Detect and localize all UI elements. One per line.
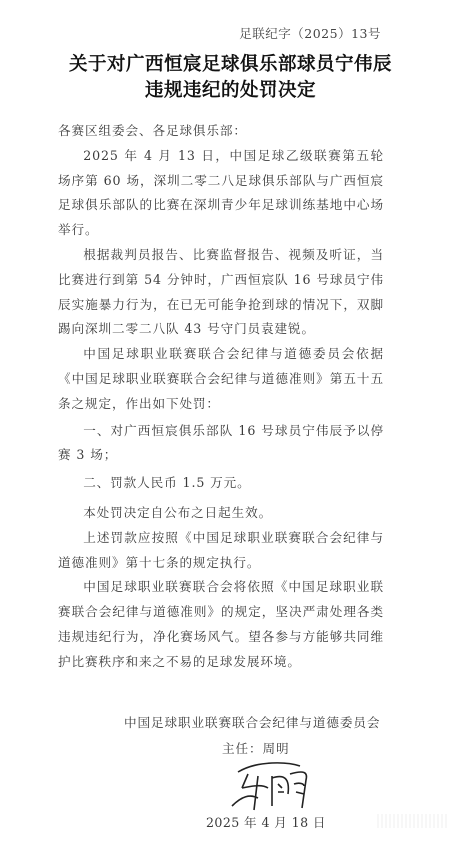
penalty-suspension: 一、对广西恒宸俱乐部队 16 号球员宁伟辰予以停赛 3 场；	[58, 419, 384, 469]
paragraph-closing: 中国足球职业联赛联合会将依照《中国足球职业联赛联合会纪律与道德准则》的规定，坚决…	[58, 575, 384, 674]
paragraph-effective: 本处罚决定自公布之日起生效。	[58, 501, 384, 526]
document-number: 足联纪字（2025）13号	[239, 24, 381, 42]
signature-image	[228, 758, 328, 818]
paragraph-match-info: 2025 年 4 月 13 日，中国足球乙级联赛第五轮场序第 60 场，深圳二零…	[58, 144, 384, 243]
paragraph-incident: 根据裁判员报告、比赛监督报告、视频及听证，当比赛进行到第 54 分钟时，广西恒宸…	[58, 243, 384, 342]
document-date: 2025 年 4 月 18 日	[206, 812, 326, 831]
document-body: 各赛区组委会、各足球俱乐部： 2025 年 4 月 13 日，中国足球乙级联赛第…	[58, 119, 384, 675]
watermark-logo	[377, 814, 449, 828]
document-title-line-2: 违规违纪的处罚决定	[0, 76, 461, 102]
director-name: 主任：周明	[222, 738, 289, 757]
document-title-line-1: 关于对广西恒宸足球俱乐部球员宁伟辰	[0, 50, 461, 76]
penalty-fine: 二、罚款人民币 1.5 万元。	[58, 471, 384, 496]
addressee: 各赛区组委会、各足球俱乐部：	[58, 119, 384, 144]
paragraph-basis: 中国足球职业联赛联合会纪律与道德委员会依据《中国足球职业联赛联合会纪律与道德准则…	[58, 342, 384, 416]
issuer-committee: 中国足球职业联赛联合会纪律与道德委员会	[124, 712, 380, 731]
paragraph-fine-execution: 上述罚款应按照《中国足球职业联赛联合会纪律与道德准则》第十七条的规定执行。	[58, 526, 384, 576]
